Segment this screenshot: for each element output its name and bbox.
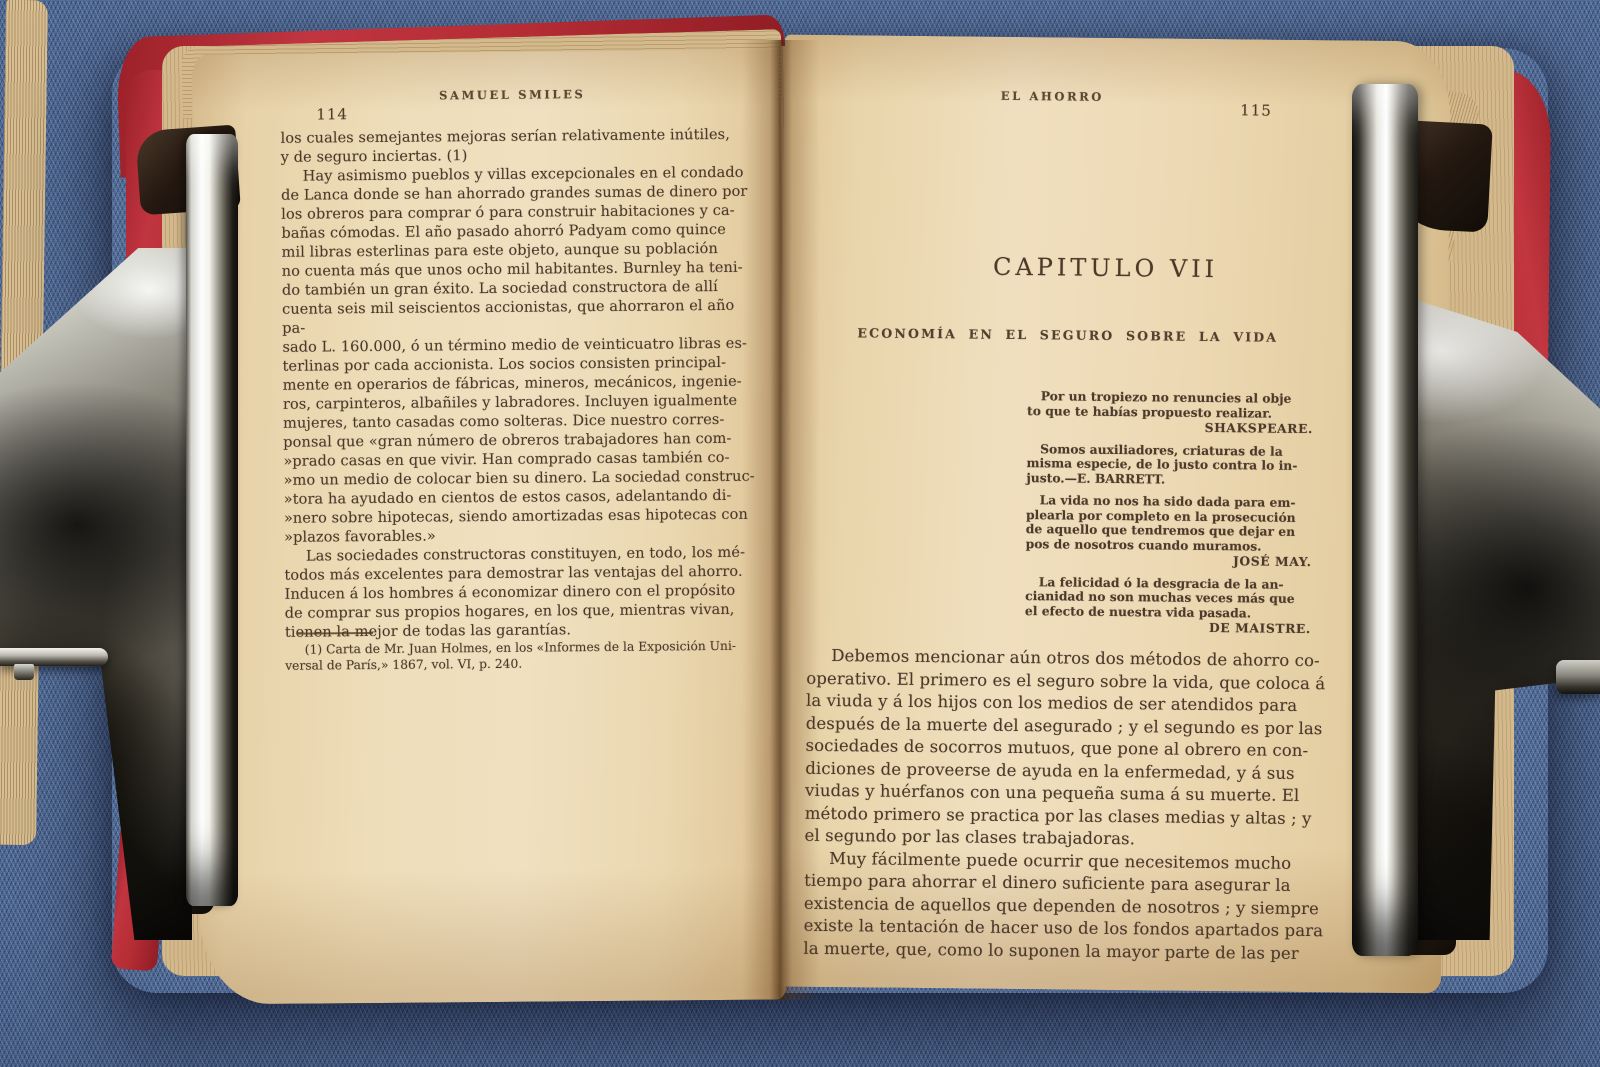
epigraph: La felicidad ó la desgracia de la an- ci…	[1025, 575, 1342, 637]
left-paragraph: Las sociedades constructoras constituyen…	[284, 544, 763, 643]
left-page-number: 114	[316, 105, 348, 123]
chapter-subtitle: ECONOMÍA EN EL SEGURO SOBRE LA VIDA	[782, 325, 1354, 346]
left-clamp-rod-tab	[14, 664, 34, 680]
epigraph-text: La vida no nos ha sido dada para em- ple…	[1026, 493, 1343, 554]
book-gutter-shadow	[742, 40, 820, 1000]
epigraph-attribution: SHAKSPEARE.	[1027, 419, 1343, 437]
left-clamp-chrome-bar	[186, 134, 238, 906]
epigraph: Somos auxiliadores, criaturas de la mism…	[1026, 442, 1342, 489]
right-paragraph: Debemos mencionar aún otros dos métodos …	[804, 645, 1362, 853]
left-page-body: los cuales semejantes mejoras serían rel…	[281, 126, 763, 643]
right-paragraph: Muy fácilmente puede ocurrir que necesit…	[803, 847, 1360, 965]
epigraph-text: Somos auxiliadores, criaturas de la mism…	[1026, 442, 1342, 489]
right-page: EL AHORRO 115 CAPITULO VII ECONOMÍA EN E…	[775, 35, 1451, 994]
chapter-title: CAPITULO VII	[822, 251, 1388, 285]
epigraph-text: La felicidad ó la desgracia de la an- ci…	[1025, 575, 1341, 622]
epigraph-attribution: JOSÉ MAY.	[1025, 552, 1341, 570]
epigraph-attribution: DE MAISTRE.	[1025, 619, 1341, 637]
book-photograph-scene: SAMUEL SMILES 114 los cuales semejantes …	[0, 0, 1600, 1067]
left-page: SAMUEL SMILES 114 los cuales semejantes …	[192, 49, 786, 1004]
left-paragraph: Hay asimismo pueblos y villas excepciona…	[281, 164, 762, 548]
left-running-header: SAMUEL SMILES	[232, 85, 792, 104]
right-page-body: Debemos mencionar aún otros dos métodos …	[803, 645, 1362, 966]
epigraph-block: Por un tropiezo no renuncies al obje to …	[1025, 389, 1344, 645]
right-page-number: 115	[1240, 101, 1272, 119]
epigraph-text: Por un tropiezo no renuncies al obje to …	[1027, 389, 1343, 421]
left-paragraph-continuation: los cuales semejantes mejoras serían rel…	[281, 126, 759, 168]
left-footnote: (1) Carta de Mr. Juan Holmes, en los «In…	[285, 638, 771, 674]
right-clamp-rod	[1556, 660, 1600, 694]
epigraph: Por un tropiezo no renuncies al obje to …	[1027, 389, 1343, 437]
epigraph: La vida no nos ha sido dada para em- ple…	[1025, 493, 1342, 570]
right-clamp-chrome-bar	[1352, 84, 1418, 956]
